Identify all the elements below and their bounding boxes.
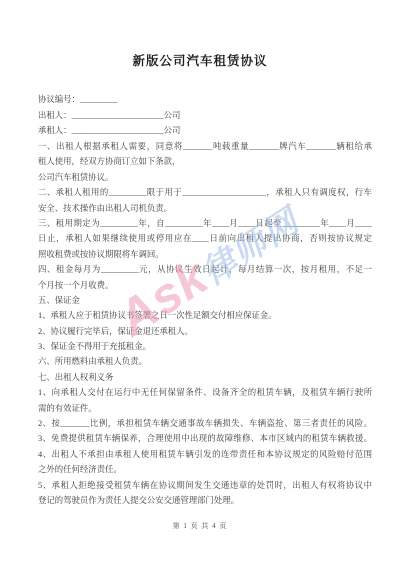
body-line: 3、免费提供租赁车辆保养，合理使用中出现的故障维修、本市区域内的租赁车辆救援。 xyxy=(38,431,372,446)
contract-page: 新版公司汽车租赁协议 协议编号：_________出租人：___________… xyxy=(0,0,400,565)
body-line: 4、出租人不承担由承租人使用租赁车辆引发的连带责任和本协议规定的风险赔付范围 xyxy=(38,447,372,462)
body-line: 之外的任何经济责任。 xyxy=(38,462,372,477)
body-line: 六、所用燃料由承租人负责。 xyxy=(38,354,372,369)
body-line: 照收租费或按协议期限将车调回。 xyxy=(38,247,372,262)
body-line: 需的有效证件。 xyxy=(38,401,372,416)
header-fields: 协议编号：_________出租人：______________________… xyxy=(38,92,372,139)
body-line: 2、协议履行完毕后，保证金退还承租人。 xyxy=(38,324,372,339)
body-line: 2、按_______比例，承担租赁车辆交通事故车辆损失、车辆盗抢、第三者责任的风… xyxy=(38,416,372,431)
body-line: 1、承租人应于租赁协议书签署之日一次性足额交付相应保证金。 xyxy=(38,308,372,323)
body-line: 3、保证金不得用于充抵租金。 xyxy=(38,339,372,354)
body-line: 安全、技术操作由出租人司机负责。 xyxy=(38,201,372,216)
header-field-line: 承租人：______________________公司 xyxy=(38,123,372,139)
body-line: 七、出租人权利义务 xyxy=(38,370,372,385)
body-line: 五、保证金 xyxy=(38,293,372,308)
header-field-line: 出租人：______________________公司 xyxy=(38,108,372,124)
body-line: 三、租用期定为_________年，自_________年____月____日起… xyxy=(38,216,372,231)
body-line: 公司汽车租赁协议。 xyxy=(38,170,372,185)
body-line: 1、向承租人交付在运行中无任何保留条件、设备齐全的租赁车辆，及租赁车辆行驶所 xyxy=(38,385,372,400)
body-line: 租人使用，经双方协商订立如下条款， xyxy=(38,154,372,169)
body-line: 四、租金每月为_________元，从协议生效日起计，每月结算一次，按月租用，不… xyxy=(38,262,372,277)
body-line: 登记的驾驶员作为责任人提交公安交通管理部门处理。 xyxy=(38,493,372,508)
body-line: 二、承租人租用的_________限于用于___________________… xyxy=(38,185,372,200)
body-line: 个月按一个月收费。 xyxy=(38,278,372,293)
body-line: 一、出租人根据承租人需要，同意将_______吨载重量_______牌汽车___… xyxy=(38,139,372,154)
page-title: 新版公司汽车租赁协议 xyxy=(0,51,400,69)
contract-body: 一、出租人根据承租人需要，同意将_______吨载重量_______牌汽车___… xyxy=(38,139,372,508)
header-field-line: 协议编号：_________ xyxy=(38,92,372,108)
body-line: 日止，承租人如果继续使用或停用应在____日前向出租人提出协商，否则按协议规定 xyxy=(38,231,372,246)
body-line: 5、承租人拒绝接受租赁车辆在协议期间发生交通违章的处罚时，出租人有权将协议中 xyxy=(38,478,372,493)
page-footer: 第 1 页 共 4 页 xyxy=(0,521,400,531)
